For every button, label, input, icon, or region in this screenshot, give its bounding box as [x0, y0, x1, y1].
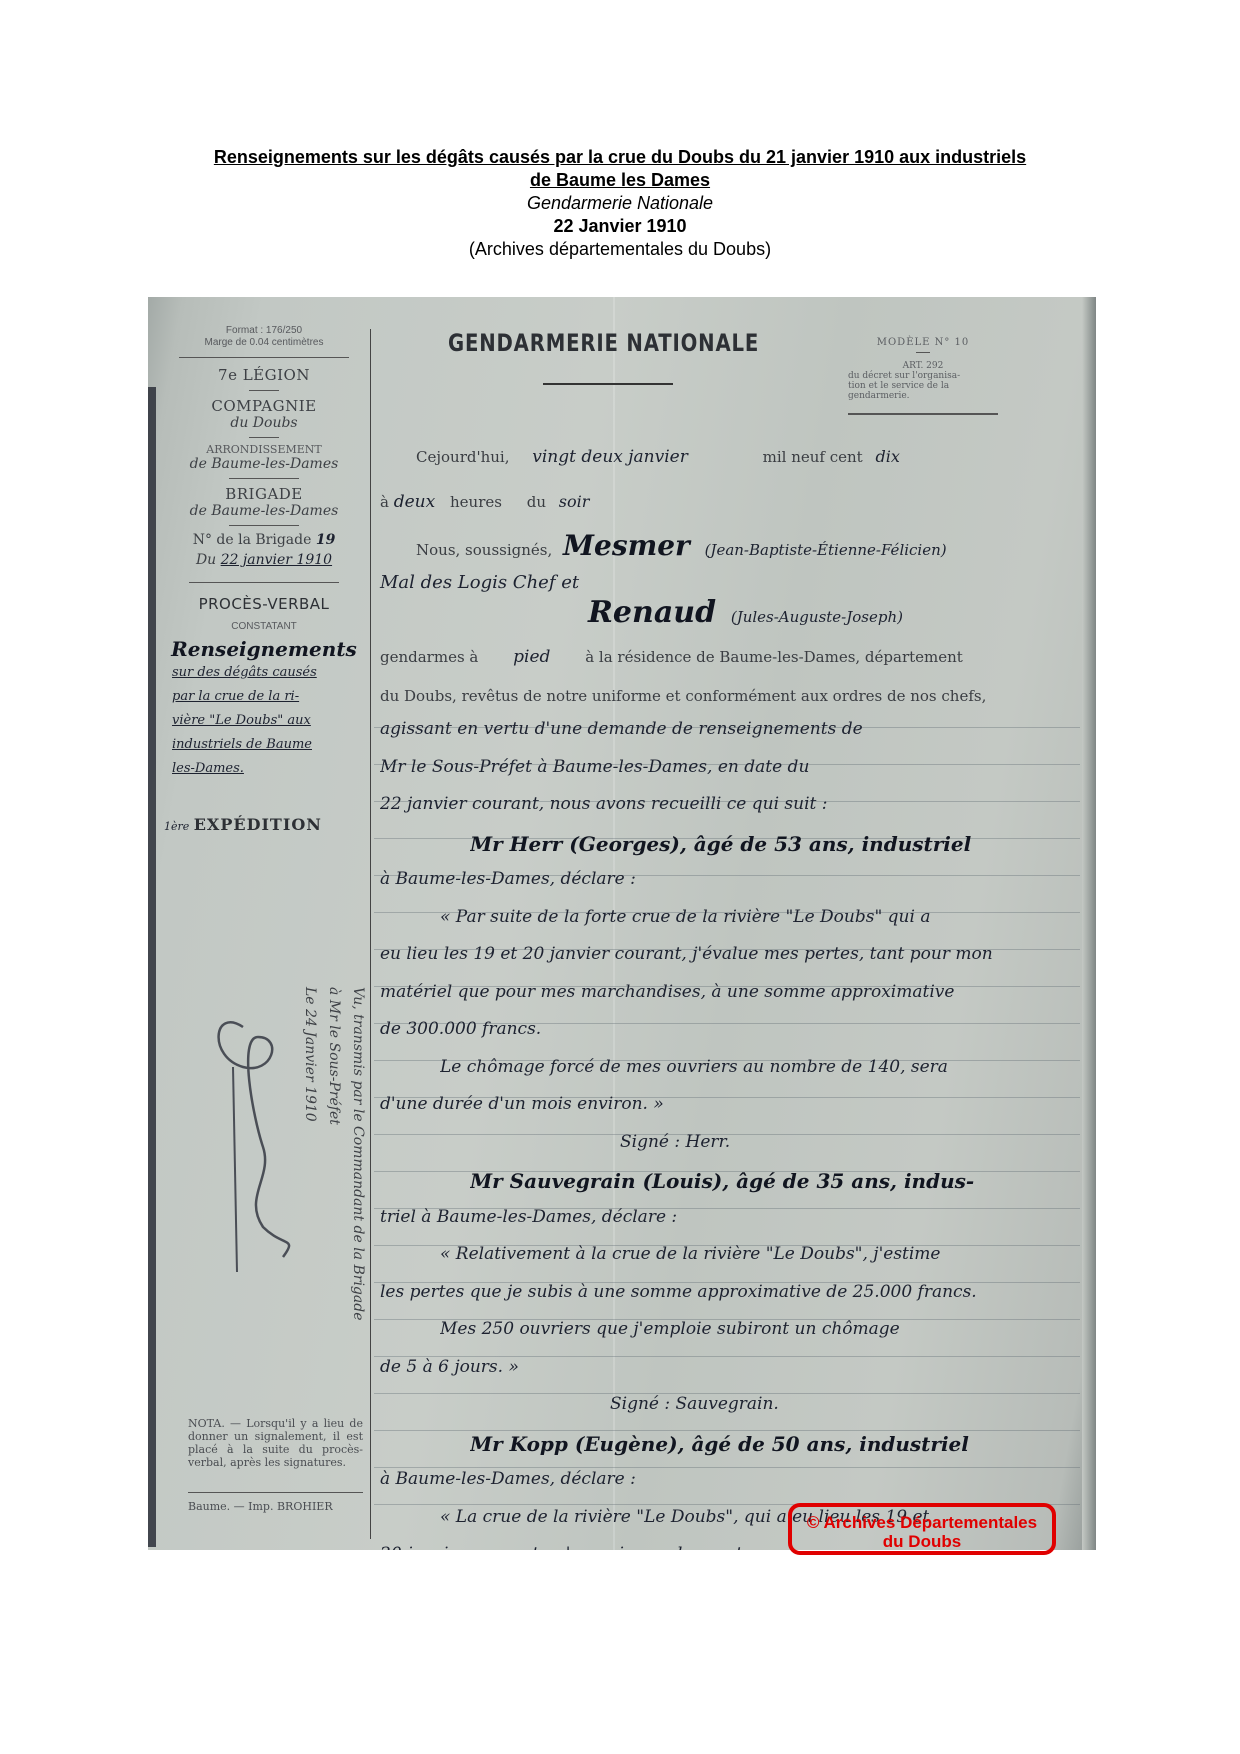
expedition-row: 1ère EXPÉDITION	[158, 815, 370, 835]
proces-verbal-label: PROCÈS-VERBAL	[158, 595, 370, 613]
handwritten-line: triel à Baume-les-Dames, déclare :	[380, 1207, 677, 1227]
arrondissement-label: ARRONDISSEMENT	[158, 444, 370, 456]
brigade-date: 22 janvier 1910	[221, 552, 332, 568]
photo-edge-left	[148, 387, 156, 1547]
nous-row: Nous, soussignés, Mesmer (Jean-Baptiste-…	[416, 529, 947, 562]
document-date: 22 Janvier 1910	[0, 215, 1240, 238]
photo-edge-right	[1082, 297, 1096, 1550]
constatant-label: CONSTATANT	[158, 621, 370, 633]
decree-line: gendarmerie.	[848, 391, 1008, 401]
commander-signature	[203, 997, 313, 1277]
brigade-date-row: Du 22 janvier 1910	[158, 552, 370, 568]
compagnie-name: du Doubs	[158, 415, 370, 431]
handwritten-line: matériel que pour mes marchandises, à un…	[380, 982, 954, 1002]
hour-written: deux	[394, 492, 435, 512]
scanned-document-photo: Format : 176/250 Marge de 0.04 centimètr…	[148, 297, 1096, 1550]
handwritten-line: d'une durée d'un mois environ. »	[380, 1094, 664, 1114]
handwritten-line: de 300.000 francs.	[380, 1019, 541, 1039]
handwritten-line: à Baume-les-Dames, déclare :	[380, 1469, 636, 1489]
modele-number: MODÈLE N° 10	[838, 337, 1008, 348]
name2-row: Renaud (Jules-Auguste-Joseph)	[588, 595, 903, 630]
brigade-label: BRIGADE	[158, 485, 370, 503]
hour-row: à deux heures du soir	[380, 492, 589, 512]
left-column: Format : 176/250 Marge de 0.04 centimètr…	[158, 325, 370, 835]
watermark-line1: © Archives Départementales	[792, 1513, 1052, 1532]
subject-line: par la crue de la ri-	[172, 685, 370, 709]
handwritten-line: Mes 250 ouvriers que j'emploie subiront …	[440, 1319, 900, 1339]
handwritten-line: les pertes que je subis à une somme appr…	[380, 1282, 977, 1302]
mode-written: pied	[513, 647, 550, 667]
marge-label: Marge de 0.04 centimètres	[158, 337, 370, 349]
handwritten-line: agissant en vertu d'une demande de rense…	[380, 719, 863, 739]
subject-lines: sur des dégâts causéspar la crue de la r…	[158, 661, 370, 781]
handwritten-line: à Baume-les-Dames, déclare :	[380, 869, 636, 889]
arrondissement-name: de Baume-les-Dames	[158, 456, 370, 472]
page-header: Renseignements sur les dégâts causés par…	[0, 146, 1240, 261]
compagnie-label: COMPAGNIE	[158, 397, 370, 415]
rank-line: Mal des Logis Chef et	[380, 572, 579, 593]
printer-label: Baume. — Imp. BROHIER	[188, 1500, 333, 1513]
nota-text: NOTA. — Lorsqu'il y a lieu de donner un …	[188, 1417, 363, 1469]
gendarme-given-2: (Jules-Auguste-Joseph)	[731, 608, 903, 626]
ornament-divider	[543, 383, 673, 385]
modele-block: MODÈLE N° 10 ART. 292 du décret sur l'or…	[838, 337, 1008, 415]
brigade-name: de Baume-les-Dames	[158, 503, 370, 519]
handwritten-line: Mr Kopp (Eugène), âgé de 50 ans, industr…	[470, 1432, 969, 1456]
decree-text: du décret sur l'organisa-tion et le serv…	[838, 371, 1008, 401]
decree-line: du décret sur l'organisa-	[848, 371, 1008, 381]
handwritten-line: Signé : Herr.	[620, 1132, 730, 1152]
legion-label: 7e LÉGION	[158, 366, 370, 384]
gendarme-name-1: Mesmer	[563, 529, 690, 562]
margin-rule	[370, 329, 371, 1539]
handwritten-line: Mr Herr (Georges), âgé de 53 ans, indust…	[470, 832, 971, 856]
handwritten-line: « Par suite de la forte crue de la riviè…	[440, 907, 931, 927]
handwritten-line: de 5 à 6 jours. »	[380, 1357, 519, 1377]
subject-line: vière "Le Doubs" aux	[172, 709, 370, 733]
format-label: Format : 176/250	[158, 325, 370, 337]
year-written: dix	[875, 447, 899, 466]
watermark-line2: du Doubs	[792, 1532, 1052, 1551]
copyright-watermark: © Archives Départementales du Doubs	[788, 1503, 1056, 1555]
document-subtitle: Gendarmerie Nationale	[0, 192, 1240, 215]
gendarme-given-1: (Jean-Baptiste-Étienne-Félicien)	[705, 541, 947, 559]
brigade-number-row: N° de la Brigade 19	[158, 532, 370, 548]
gendarmes-row: gendarmes à pied à la résidence de Baume…	[380, 647, 963, 667]
handwritten-line: Le chômage forcé de mes ouvriers au nomb…	[440, 1057, 948, 1077]
subject-line: sur des dégâts causés	[172, 661, 370, 685]
handwritten-line: eu lieu les 19 et 20 janvier courant, j'…	[380, 944, 993, 964]
document-title-line2: de Baume les Dames	[0, 169, 1240, 192]
article-label: ART. 292	[838, 361, 1008, 371]
handwritten-line: Mr Sauvegrain (Louis), âgé de 35 ans, in…	[470, 1169, 974, 1193]
document-source: (Archives départementales du Doubs)	[0, 238, 1240, 261]
cejourdhui-row: Cejourd'hui, vingt deux janvier mil neuf…	[416, 447, 900, 467]
handwritten-line: 22 janvier courant, nous avons recueilli…	[380, 794, 828, 814]
document-title: Renseignements sur les dégâts causés par…	[0, 146, 1240, 169]
subject-line: industriels de Baume	[172, 733, 370, 757]
decree-line: tion et le service de la	[848, 381, 1008, 391]
handwritten-line: Signé : Sauvegrain.	[610, 1394, 779, 1414]
form-title: GENDARMERIE NATIONALE	[448, 329, 759, 357]
gendarme-name-2: Renaud	[588, 595, 716, 630]
uniform-row: du Doubs, revêtus de notre uniforme et c…	[380, 687, 986, 705]
handwritten-line: Mr le Sous-Préfet à Baume-les-Dames, en …	[380, 757, 809, 777]
subject-line: les-Dames.	[172, 757, 370, 781]
brigade-number: 19	[316, 532, 335, 548]
subject-title: Renseignements	[158, 637, 370, 661]
date-written: vingt deux janvier	[532, 447, 688, 467]
handwritten-line: « Relativement à la crue de la rivière "…	[440, 1244, 941, 1264]
period-written: soir	[559, 492, 590, 511]
